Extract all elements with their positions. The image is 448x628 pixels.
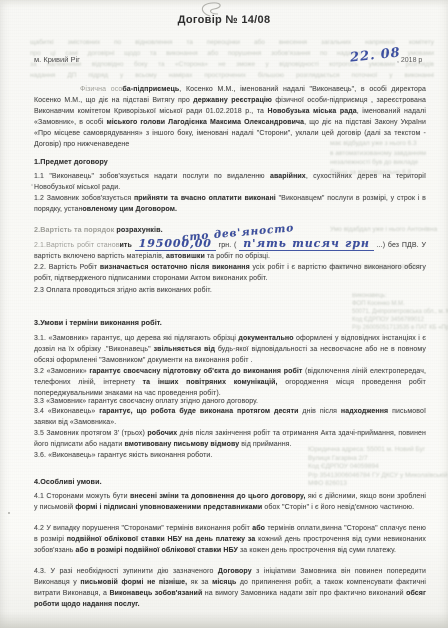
clause-4-2: 4.2 У випадку порушення "Сторонами" терм…	[34, 523, 426, 556]
clause-2-3: 2.3 Оплата проводиться згідно актів вико…	[34, 285, 426, 296]
clause-3-6: 3.6. «Виконавець» гарантує якість викона…	[34, 450, 426, 461]
clause-2-2: 2.2. Вартість Робіт визначається остаточ…	[34, 262, 426, 284]
clause-3-2: 3.2 «Замовник» гарантує своєчасну підгот…	[34, 366, 426, 399]
city-label: м. Кривий Ріг	[34, 55, 80, 64]
clause-3-1: 3.1. «Замовник» гарантує, що дерева які …	[34, 333, 426, 366]
clause-1-2: 1.2 Замовник зобов'язується прийняти та …	[34, 193, 426, 215]
scan-speck	[31, 184, 33, 186]
scan-speck	[8, 512, 10, 514]
section-1-heading: 1.Предмет договору	[34, 156, 108, 167]
document-title: Договір № 14/08	[0, 14, 448, 26]
bleedthrough-requisites-upper: Виконавець:ФОП Косенко М.М.50071, Дніпро…	[352, 292, 448, 332]
bleedthrough-text-mid: Умо відабдал уже і нього Антонівна	[330, 225, 445, 235]
clause-3-4: 3.4 «Виконавець» гарантує, що робота буд…	[34, 406, 426, 428]
section-4-heading: 4.Особливі умови.	[34, 476, 102, 487]
clause-2-1: сто дев'яносто 2.1.Вартість робіт станов…	[34, 240, 426, 262]
clause-3-5: 3.5 Замовник протягом 3' (трьох) робочих…	[34, 428, 426, 450]
preamble-paragraph: Фізична особа-підприємець, Косенко М.М.,…	[34, 84, 426, 150]
section-3-heading: 3.Умови і терміни виконання робіт.	[34, 317, 162, 328]
section-2-heading: 2.Вартість та порядок розрахунків.	[34, 224, 163, 235]
clause-4-3: 4.3. У разі необхідності зупинити дію за…	[34, 566, 426, 610]
clause-4-1: 4.1 Сторонами можуть бути внесені зміни …	[34, 491, 426, 513]
typed-year: , 2018 р	[397, 57, 422, 64]
scanned-contract-page: щабиткі змістовних по відновлення та пер…	[0, 0, 448, 628]
clause-1-1: 1.1 "Виконавець" зобов'язується надати п…	[34, 171, 426, 193]
